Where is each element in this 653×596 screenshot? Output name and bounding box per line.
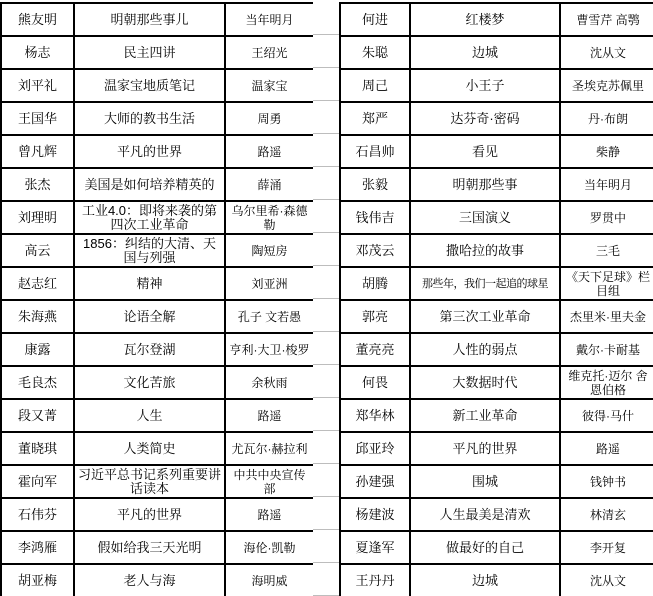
reader-name-cell: 何畏 [340,366,410,399]
book-author-cell: 彼得·马什 [560,399,653,432]
reader-name-cell: 李鸿雁 [1,531,74,564]
reader-name-cell: 曾凡辉 [1,135,74,168]
table-row: 曾凡辉平凡的世界路遥 [1,135,314,168]
table-row: 石伟芬平凡的世界路遥 [1,498,314,531]
book-title-cell: 第三次工业革命 [410,300,560,333]
reader-name-cell: 杨志 [1,36,74,69]
reader-name-cell: 高云 [1,234,74,267]
book-author-cell: 刘亚洲 [225,267,314,300]
reader-name-cell: 石伟芬 [1,498,74,531]
book-title-cell: 小王子 [410,69,560,102]
reader-name-cell: 王国华 [1,102,74,135]
table-row: 董晓琪人类简史尤瓦尔·赫拉利 [1,432,314,465]
reader-name-cell: 杨建波 [340,498,410,531]
table-row: 刘理明工业4.0：即将来袭的第四次工业革命乌尔里希·森德勒 [1,201,314,234]
reader-name-cell: 孙建强 [340,465,410,498]
table-row: 邱亚玲平凡的世界路遥 [340,432,653,465]
book-author-cell: 戴尔·卡耐基 [560,333,653,366]
table-row: 张毅明朝那些事当年明月 [340,168,653,201]
table-row: 郑严达芬奇·密码丹·布朗 [340,102,653,135]
reader-name-cell: 何进 [340,3,410,36]
reader-name-cell: 董晓琪 [1,432,74,465]
book-author-cell: 杰里米·里夫金 [560,300,653,333]
table-row: 何进红楼梦曹雪芹 高鹗 [340,3,653,36]
book-title-cell: 平凡的世界 [410,432,560,465]
book-author-cell: 中共中央宣传部 [225,465,314,498]
right-borrow-table: 何进红楼梦曹雪芹 高鹗朱聪边城沈从文周己小王子圣埃克苏佩里郑严达芬奇·密码丹·布… [339,2,653,596]
book-title-cell: 1856：纠结的大清、天国与列强 [74,234,225,267]
table-row: 毛良杰文化苦旅余秋雨 [1,366,314,399]
book-author-cell: 曹雪芹 高鹗 [560,3,653,36]
book-author-cell: 亨利·大卫·梭罗 [225,333,314,366]
table-row: 孙建强围城钱钟书 [340,465,653,498]
reader-name-cell: 刘平礼 [1,69,74,102]
book-title-cell: 平凡的世界 [74,135,225,168]
book-title-cell: 达芬奇·密码 [410,102,560,135]
book-title-cell: 假如给我三天光明 [74,531,225,564]
table-row: 康露瓦尔登湖亨利·大卫·梭罗 [1,333,314,366]
reader-name-cell: 郑华林 [340,399,410,432]
book-title-cell: 红楼梦 [410,3,560,36]
book-title-cell: 精神 [74,267,225,300]
table-row: 郑华林新工业革命彼得·马什 [340,399,653,432]
table-row: 赵志红精神刘亚洲 [1,267,314,300]
table-row: 王国华大师的教书生活周勇 [1,102,314,135]
book-author-cell: 当年明月 [560,168,653,201]
reader-name-cell: 刘理明 [1,201,74,234]
reader-name-cell: 周己 [340,69,410,102]
reader-name-cell: 钱伟吉 [340,201,410,234]
book-title-cell: 那些年，我们一起追的球星 [410,267,560,300]
book-title-cell: 边城 [410,36,560,69]
table-gap-column [313,2,339,596]
reader-name-cell: 朱海燕 [1,300,74,333]
book-author-cell: 乌尔里希·森德勒 [225,201,314,234]
reader-name-cell: 董亮亮 [340,333,410,366]
book-title-cell: 老人与海 [74,564,225,596]
book-title-cell: 明朝那些事 [410,168,560,201]
book-author-cell: 柴静 [560,135,653,168]
book-author-cell: 余秋雨 [225,366,314,399]
book-title-cell: 论语全解 [74,300,225,333]
book-author-cell: 沈从文 [560,36,653,69]
table-row: 钱伟吉三国演义罗贯中 [340,201,653,234]
book-author-cell: 沈从文 [560,564,653,596]
book-title-cell: 围城 [410,465,560,498]
book-author-cell: 当年明月 [225,3,314,36]
book-author-cell: 薛涌 [225,168,314,201]
book-author-cell: 丹·布朗 [560,102,653,135]
reader-name-cell: 石昌帅 [340,135,410,168]
book-author-cell: 海伦·凯勒 [225,531,314,564]
reader-name-cell: 胡腾 [340,267,410,300]
table-row: 朱聪边城沈从文 [340,36,653,69]
reader-name-cell: 郭亮 [340,300,410,333]
table-row: 朱海燕论语全解孔子 文若愚 [1,300,314,333]
book-author-cell: 路遥 [225,498,314,531]
reader-name-cell: 张杰 [1,168,74,201]
table-row: 段又菁人生路遥 [1,399,314,432]
reader-name-cell: 毛良杰 [1,366,74,399]
book-author-cell: 孔子 文若愚 [225,300,314,333]
table-row: 杨建波人生最美是清欢林清玄 [340,498,653,531]
book-author-cell: 三毛 [560,234,653,267]
table-row: 杨志民主四讲王绍光 [1,36,314,69]
table-row: 石昌帅看见柴静 [340,135,653,168]
book-title-cell: 人生 [74,399,225,432]
reader-name-cell: 夏逢军 [340,531,410,564]
reader-name-cell: 胡亚梅 [1,564,74,596]
book-title-cell: 撒哈拉的故事 [410,234,560,267]
table-row: 王丹丹边城沈从文 [340,564,653,596]
reader-name-cell: 熊友明 [1,3,74,36]
book-author-cell: 尤瓦尔·赫拉利 [225,432,314,465]
book-title-cell: 新工业革命 [410,399,560,432]
reader-name-cell: 康露 [1,333,74,366]
book-title-cell: 明朝那些事儿 [74,3,225,36]
reader-name-cell: 朱聪 [340,36,410,69]
table-row: 夏逢军做最好的自己李开复 [340,531,653,564]
book-author-cell: 路遥 [225,399,314,432]
table-row: 高云1856：纠结的大清、天国与列强陶短房 [1,234,314,267]
table-row: 霍向军习近平总书记系列重要讲话读本中共中央宣传部 [1,465,314,498]
book-title-cell: 平凡的世界 [74,498,225,531]
book-author-cell: 王绍光 [225,36,314,69]
book-title-cell: 工业4.0：即将来袭的第四次工业革命 [74,201,225,234]
book-title-cell: 边城 [410,564,560,596]
table-row: 熊友明明朝那些事儿当年明月 [1,3,314,36]
book-title-cell: 人生最美是清欢 [410,498,560,531]
table-row: 邓茂云撒哈拉的故事三毛 [340,234,653,267]
book-author-cell: 维克托·迈尔 舍恩伯格 [560,366,653,399]
book-author-cell: 海明威 [225,564,314,596]
reader-name-cell: 赵志红 [1,267,74,300]
table-row: 胡腾那些年，我们一起追的球星《天下足球》栏目组 [340,267,653,300]
book-author-cell: 路遥 [225,135,314,168]
book-title-cell: 文化苦旅 [74,366,225,399]
right-table-body: 何进红楼梦曹雪芹 高鹗朱聪边城沈从文周己小王子圣埃克苏佩里郑严达芬奇·密码丹·布… [340,3,653,596]
table-row: 刘平礼温家宝地质笔记温家宝 [1,69,314,102]
book-author-cell: 《天下足球》栏目组 [560,267,653,300]
reader-name-cell: 郑严 [340,102,410,135]
book-author-cell: 周勇 [225,102,314,135]
reader-name-cell: 霍向军 [1,465,74,498]
table-row: 张杰美国是如何培养精英的薛涌 [1,168,314,201]
book-title-cell: 大师的教书生活 [74,102,225,135]
book-title-cell: 人性的弱点 [410,333,560,366]
book-author-cell: 路遥 [560,432,653,465]
book-author-cell: 李开复 [560,531,653,564]
table-row: 董亮亮人性的弱点戴尔·卡耐基 [340,333,653,366]
table-row: 胡亚梅老人与海海明威 [1,564,314,596]
book-author-cell: 罗贯中 [560,201,653,234]
reader-name-cell: 段又菁 [1,399,74,432]
reader-name-cell: 张毅 [340,168,410,201]
left-borrow-table: 熊友明明朝那些事儿当年明月杨志民主四讲王绍光刘平礼温家宝地质笔记温家宝王国华大师… [0,2,315,596]
book-title-cell: 温家宝地质笔记 [74,69,225,102]
book-title-cell: 美国是如何培养精英的 [74,168,225,201]
table-row: 周己小王子圣埃克苏佩里 [340,69,653,102]
table-row: 郭亮第三次工业革命杰里米·里夫金 [340,300,653,333]
book-title-cell: 民主四讲 [74,36,225,69]
book-author-cell: 圣埃克苏佩里 [560,69,653,102]
book-author-cell: 温家宝 [225,69,314,102]
table-row: 何畏大数据时代维克托·迈尔 舍恩伯格 [340,366,653,399]
book-title-cell: 看见 [410,135,560,168]
book-title-cell: 习近平总书记系列重要讲话读本 [74,465,225,498]
left-table-body: 熊友明明朝那些事儿当年明月杨志民主四讲王绍光刘平礼温家宝地质笔记温家宝王国华大师… [1,3,314,596]
reader-name-cell: 邱亚玲 [340,432,410,465]
reader-name-cell: 邓茂云 [340,234,410,267]
book-author-cell: 钱钟书 [560,465,653,498]
book-author-cell: 陶短房 [225,234,314,267]
book-title-cell: 三国演义 [410,201,560,234]
book-author-cell: 林清玄 [560,498,653,531]
book-title-cell: 大数据时代 [410,366,560,399]
book-title-cell: 人类简史 [74,432,225,465]
book-title-cell: 瓦尔登湖 [74,333,225,366]
spreadsheet-area: 熊友明明朝那些事儿当年明月杨志民主四讲王绍光刘平礼温家宝地质笔记温家宝王国华大师… [0,0,653,596]
table-row: 李鸿雁假如给我三天光明海伦·凯勒 [1,531,314,564]
reader-name-cell: 王丹丹 [340,564,410,596]
book-title-cell: 做最好的自己 [410,531,560,564]
